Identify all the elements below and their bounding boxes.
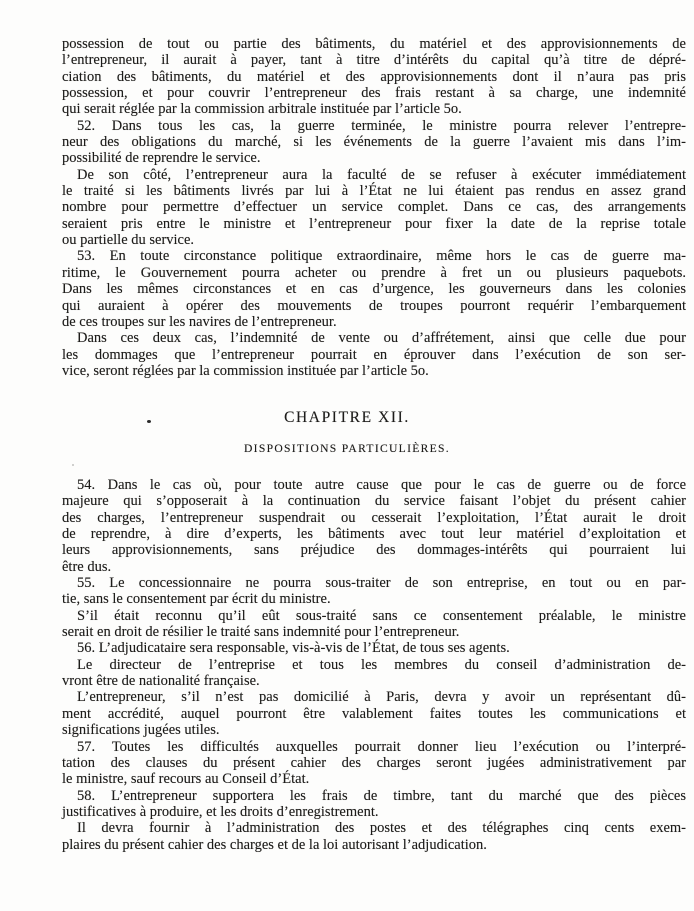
text-line: De son côté, l’entrepreneur aura la facu…	[62, 167, 686, 183]
text-line: 58. L’entrepreneur supportera les frais …	[62, 788, 686, 804]
page-text-upper: possession de tout ou partie des bâtimen…	[62, 36, 686, 379]
text-line: qui auraient à opérer des mouvements de …	[62, 298, 686, 314]
chapter-subheading: DISPOSITIONS PARTICULIÈRES.	[0, 442, 694, 456]
text-line: possibilité de reprendre le service.	[62, 150, 686, 166]
text-line: justificatives à produire, et les droits…	[62, 804, 686, 820]
text-line: Il devra fournir à l’administration des …	[62, 820, 686, 836]
text-line: ritime, le Gouvernement pourra acheter o…	[62, 265, 686, 281]
text-line: le ministre, sauf recours au Conseil d’É…	[62, 771, 686, 787]
text-line: significations jugées utiles.	[62, 722, 686, 738]
text-line: possession, et pour couvrir l’entreprene…	[62, 85, 686, 101]
text-line: de ces troupes sur les navires de l’entr…	[62, 314, 686, 330]
text-line: Dans les mêmes circonstances et en cas d…	[62, 281, 686, 297]
text-line: serait en droit de résilier le traité sa…	[62, 624, 686, 640]
text-line: tie, sans le consentement par écrit du m…	[62, 591, 686, 607]
ink-speck	[72, 464, 74, 466]
text-line: Dans ces deux cas, l’indemnité de vente …	[62, 330, 686, 346]
text-line: 57. Toutes les difficultés auxquelles po…	[62, 739, 686, 755]
ink-speck	[147, 420, 151, 423]
scanned-page: possession de tout ou partie des bâtimen…	[0, 0, 694, 911]
text-line: seraient pris entre le ministre et l’ent…	[62, 216, 686, 232]
text-line: l’entrepreneur, il aurait à payer, tant …	[62, 52, 686, 68]
text-line: le traité si les bâtiments livrés par lu…	[62, 183, 686, 199]
text-line: majeure qui s’opposerait à la continuati…	[62, 493, 686, 509]
text-line: 56. L’adjudicataire sera responsable, vi…	[62, 640, 686, 656]
text-line: être dus.	[62, 559, 686, 575]
text-line: 52. Dans tous les cas, la guerre terminé…	[62, 118, 686, 134]
text-line: ciation des bâtiments, du matériel et de…	[62, 69, 686, 85]
text-line: L’entrepreneur, s’il n’est pas domicilié…	[62, 689, 686, 705]
text-line: neur des obligations du marché, si les é…	[62, 134, 686, 150]
text-line: leurs approvisionnements, sans préjudice…	[62, 542, 686, 558]
text-line: vice, seront réglées par la commission i…	[62, 363, 686, 379]
text-line: de reprendre, à dire d’experts, les bâti…	[62, 526, 686, 542]
text-line: Le directeur de l’entreprise et tous les…	[62, 657, 686, 673]
text-line: ment accrédité, auquel pourront être val…	[62, 706, 686, 722]
text-line: 55. Le concessionnaire ne pourra sous-tr…	[62, 575, 686, 591]
text-line: S’il était reconnu qu’il eût sous-traité…	[62, 608, 686, 624]
text-line: des charges, l’entrepreneur suspendrait …	[62, 510, 686, 526]
text-line: tation des clauses du présent cahier des…	[62, 755, 686, 771]
text-line: qui serait réglée par la commission arbi…	[62, 101, 686, 117]
text-line: 54. Dans le cas où, pour toute autre cau…	[62, 477, 686, 493]
text-line: ou partielle du service.	[62, 232, 686, 248]
text-line: plaires du présent cahier des charges et…	[62, 837, 686, 853]
page-text-lower: 54. Dans le cas où, pour toute autre cau…	[62, 477, 686, 853]
text-line: 53. En toute circonstance politique extr…	[62, 248, 686, 264]
text-line: possession de tout ou partie des bâtimen…	[62, 36, 686, 52]
text-line: vront être de nationalité française.	[62, 673, 686, 689]
chapter-heading: CHAPITRE XII.	[0, 409, 694, 427]
text-line: les dommages que l’entrepreneur pourrait…	[62, 347, 686, 363]
text-line: nombre pour permettre d’effectuer un ser…	[62, 199, 686, 215]
